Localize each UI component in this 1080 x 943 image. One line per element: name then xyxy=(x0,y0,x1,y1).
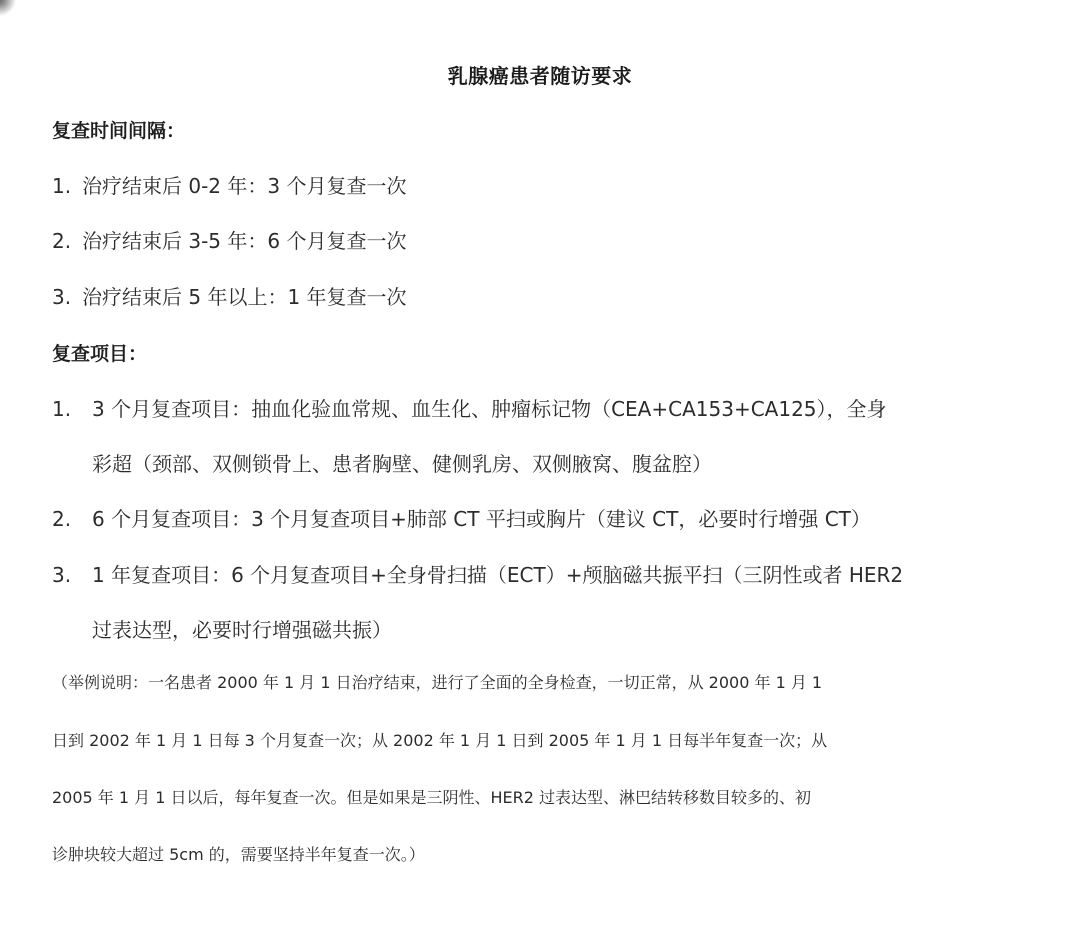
interval-item-text: 治疗结束后 0-2 年：3 个月复查一次 xyxy=(82,174,406,198)
example-note-line: （举例说明：一名患者 2000 年 1 月 1 日治疗结束，进行了全面的全身检查… xyxy=(52,670,822,693)
document-title: 乳腺癌患者随访要求 xyxy=(0,60,1080,89)
interval-item: 2.治疗结束后 3-5 年：6 个月复查一次 xyxy=(52,225,406,254)
interval-item-number: 1. xyxy=(52,174,82,198)
interval-section-heading: 复查时间间隔： xyxy=(52,116,185,143)
checkup-item-number: 3. xyxy=(52,563,92,587)
interval-item: 1.治疗结束后 0-2 年：3 个月复查一次 xyxy=(52,170,406,199)
checkup-item-continuation: 彩超（颈部、双侧锁骨上、患者胸壁、健侧乳房、双侧腋窝、腹盆腔） xyxy=(92,448,712,477)
interval-item-number: 2. xyxy=(52,229,82,253)
example-note-line: 2005 年 1 月 1 日以后，每年复查一次。但是如果是三阴性、HER2 过表… xyxy=(52,785,811,808)
interval-item: 3.治疗结束后 5 年以上：1 年复查一次 xyxy=(52,281,407,310)
checkup-item-text: 6 个月复查项目：3 个月复查项目+肺部 CT 平扫或胸片（建议 CT，必要时行… xyxy=(92,507,871,531)
checkup-item: 1.3 个月复查项目：抽血化验血常规、血生化、肿瘤标记物（CEA+CA153+C… xyxy=(52,393,887,422)
items-section-heading: 复查项目： xyxy=(52,339,147,366)
interval-item-text: 治疗结束后 3-5 年：6 个月复查一次 xyxy=(82,229,406,253)
checkup-item: 3.1 年复查项目：6 个月复查项目+全身骨扫描（ECT）+颅脑磁共振平扫（三阴… xyxy=(52,559,903,588)
page-corner-shadow xyxy=(0,0,22,22)
checkup-item-number: 2. xyxy=(52,507,92,531)
checkup-item-continuation: 过表达型，必要时行增强磁共振） xyxy=(92,614,392,643)
interval-item-number: 3. xyxy=(52,285,82,309)
example-note-line: 诊肿块较大超过 5cm 的，需要坚持半年复查一次。） xyxy=(52,842,425,865)
checkup-item-text: 1 年复查项目：6 个月复查项目+全身骨扫描（ECT）+颅脑磁共振平扫（三阴性或… xyxy=(92,563,903,587)
interval-item-text: 治疗结束后 5 年以上：1 年复查一次 xyxy=(82,285,407,309)
example-note-line: 日到 2002 年 1 月 1 日每 3 个月复查一次；从 2002 年 1 月… xyxy=(52,728,827,751)
checkup-item: 2.6 个月复查项目：3 个月复查项目+肺部 CT 平扫或胸片（建议 CT，必要… xyxy=(52,503,871,532)
checkup-item-text: 3 个月复查项目：抽血化验血常规、血生化、肿瘤标记物（CEA+CA153+CA1… xyxy=(92,397,887,421)
checkup-item-number: 1. xyxy=(52,397,92,421)
